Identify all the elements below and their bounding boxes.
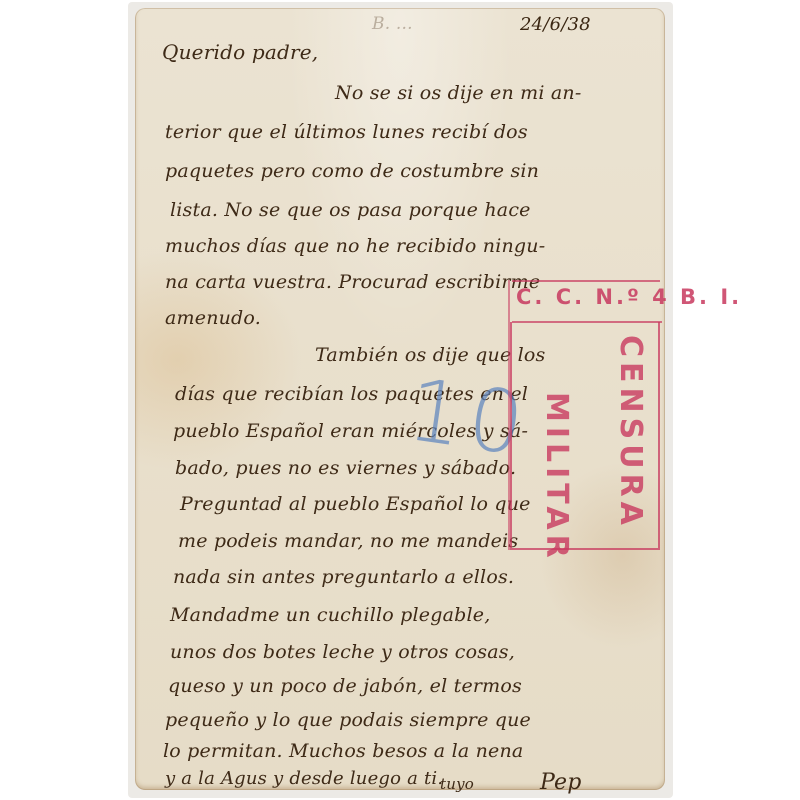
letter-line: amenudo. xyxy=(165,307,261,329)
letter-line: na carta vuestra. Procurad escribirme xyxy=(165,271,540,293)
letter-line: Preguntad al pueblo Español lo que xyxy=(180,493,531,515)
letter-line: pequeño y lo que podais siempre que xyxy=(165,709,531,731)
letter-line: muchos días que no he recibido ningu- xyxy=(165,235,545,257)
closing-word: tuyo xyxy=(440,775,474,793)
salutation: Querido padre, xyxy=(162,40,318,64)
letter-line: queso y un poco de jabón, el termos xyxy=(168,675,522,697)
letter-line: terior que el últimos lunes recibí dos xyxy=(165,121,528,143)
censorship-stamp-header: C. C. N.º 4 B. I. xyxy=(516,285,742,309)
letter-date: 24/6/38 xyxy=(520,14,591,35)
letter-line: paquetes pero como de costumbre sin xyxy=(165,160,539,182)
stamp-border-top xyxy=(512,280,660,282)
letter-line: lo permitan. Muchos besos a la nena xyxy=(163,740,523,762)
signature: Pep xyxy=(540,770,582,795)
faded-place-text: B. ... xyxy=(372,14,413,34)
letter-line: Mandadme un cuchillo plegable, xyxy=(170,604,490,626)
letter-line: unos dos botes leche y otros cosas, xyxy=(170,641,515,663)
letter-line: me podeis mandar, no me mandeis xyxy=(178,530,518,552)
stamp-text-censura: CENSURA xyxy=(613,335,648,530)
stamp-text-militar: MILITAR xyxy=(539,392,574,563)
letter-line: No se si os dije en mi an- xyxy=(335,82,582,104)
letter-line: lista. No se que os pasa porque hace xyxy=(170,199,531,221)
letter-line: y a la Agus y desde luego a ti. xyxy=(165,768,443,789)
letter-line: nada sin antes preguntarlo a ellos. xyxy=(173,566,514,588)
